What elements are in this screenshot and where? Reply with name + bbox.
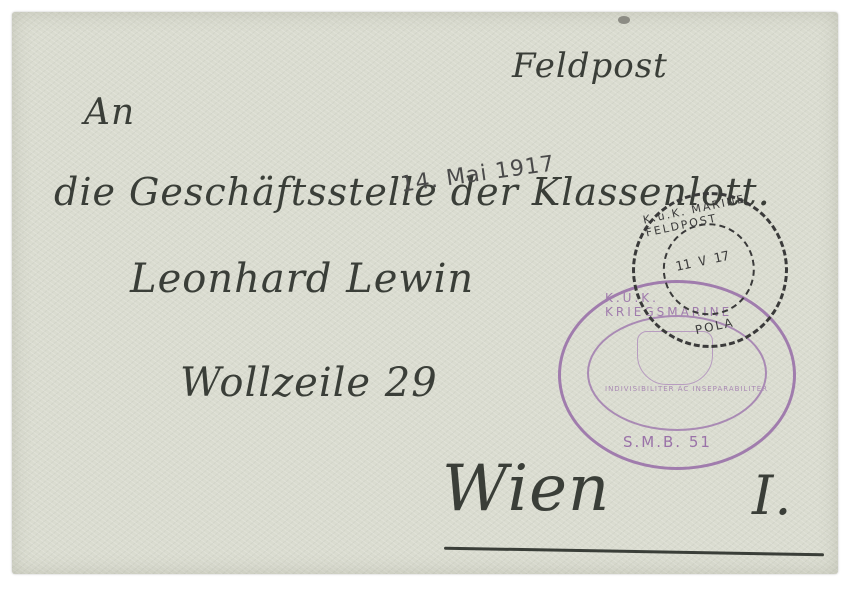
postmark-bottom-text: POLA (694, 315, 736, 337)
envelope-mark (618, 16, 630, 24)
recipient-line-2: Leonhard Lewin (130, 256, 474, 302)
envelope: Feldpost An die Geschäftsstelle der Klas… (12, 12, 838, 574)
cachet-unit: S.M.B. 51 (623, 433, 712, 451)
street-address: Wollzeile 29 (180, 360, 438, 406)
address-underline (444, 547, 824, 557)
cachet-motto: INDIVISIBILITER AC INSEPARABILITER (605, 385, 768, 393)
city: Wien (442, 452, 610, 526)
district: I. (752, 464, 793, 527)
salutation: An (84, 92, 135, 133)
postmark-date: 11 V 17 (674, 249, 731, 275)
service-line: Feldpost (512, 46, 668, 86)
